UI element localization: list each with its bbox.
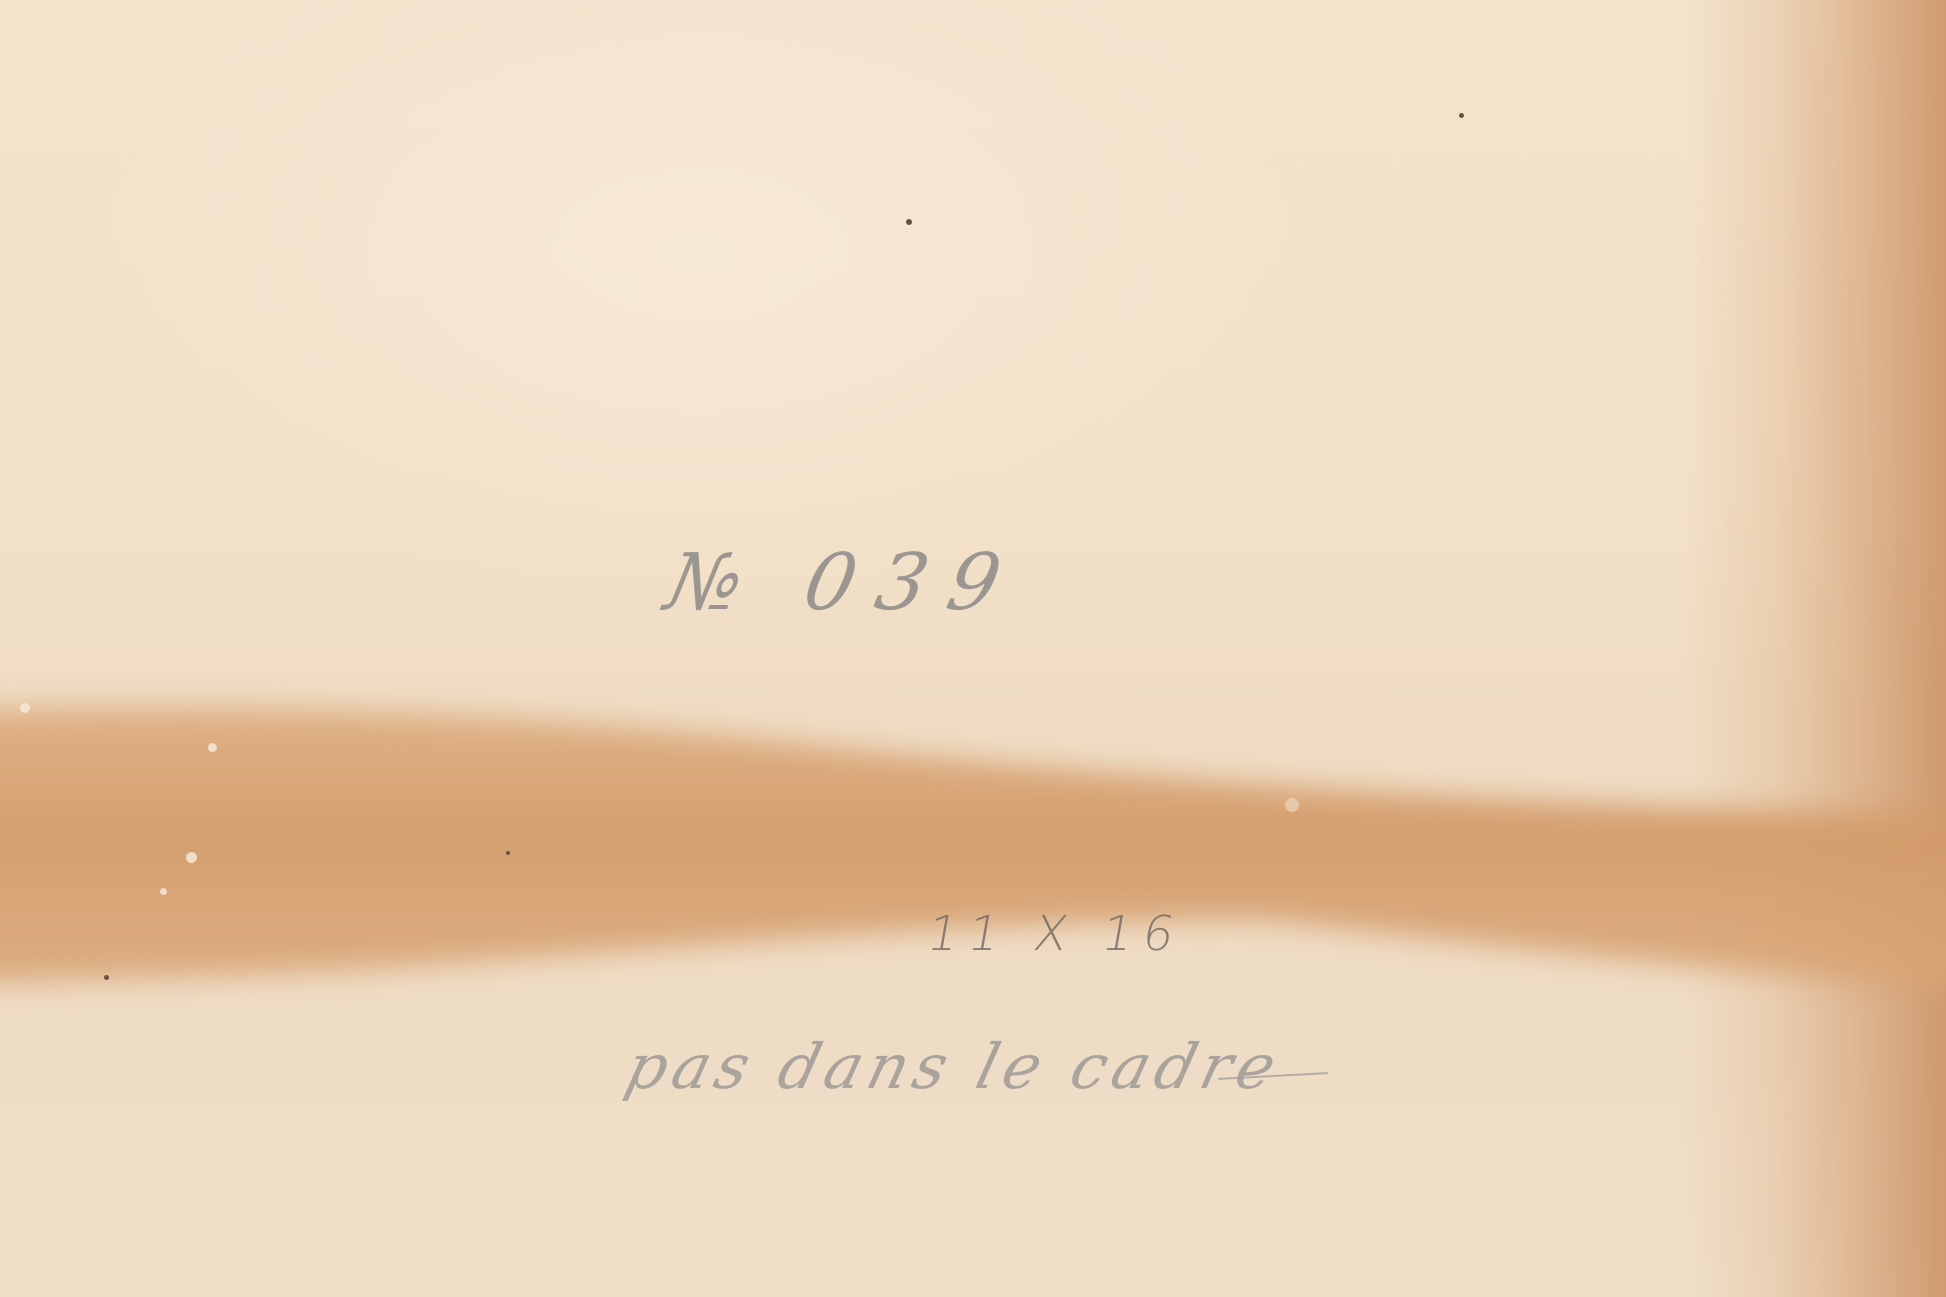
stain-band [0,690,1946,1020]
speck [160,888,167,895]
inscription-dimensions: 11 X 16 [923,906,1188,962]
speck [906,219,912,225]
paper-sheet: №039 11 X 16 pas dans le cadre [0,0,1946,1297]
speck [208,743,217,752]
speck [20,703,30,713]
inscription-number: №039 [658,538,1030,628]
number-value: 039 [796,538,1030,628]
speck [1459,113,1464,118]
edge-toning [1686,0,1946,1297]
inscription-note: pas dans le cadre [619,1030,1289,1103]
number-sign: № [658,538,751,628]
stain-shape [0,690,1946,1020]
speck [1285,798,1299,812]
speck [104,975,109,980]
speck [186,852,197,863]
speck [506,851,510,855]
